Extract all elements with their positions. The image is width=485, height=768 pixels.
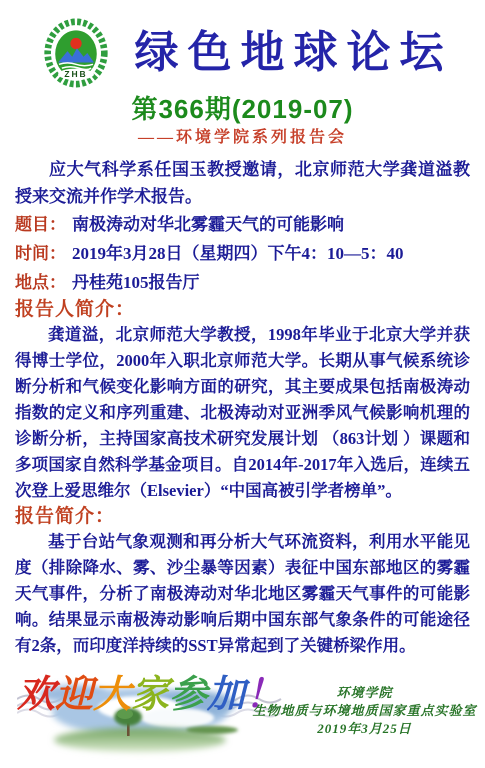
logo-zhb-text: ZHB bbox=[64, 69, 87, 79]
header: ZHB 绿色地球论坛 bbox=[0, 0, 485, 90]
abstract-heading: 报告简介： bbox=[15, 504, 470, 529]
speaker-bio-heading: 报告人简介： bbox=[15, 297, 470, 322]
abstract-paragraph: 基于台站气象观测和再分析大气环流资料，利用水平能见度（排除降水、雾、沙尘暴等因素… bbox=[15, 529, 470, 659]
welcome-wordart-block: 欢迎大家参加！ bbox=[17, 669, 317, 727]
signature-date: 2019年3月25日 bbox=[244, 720, 485, 738]
venue-line: 地点：丹桂苑105报告厅 bbox=[15, 268, 470, 297]
issue-number: 第366期(2019-07) bbox=[0, 94, 485, 124]
forum-title: 绿色地球论坛 bbox=[110, 29, 477, 77]
seminar-poster: ZHB 绿色地球论坛 第366期(2019-07) ——环境学院系列报告会 应大… bbox=[0, 0, 485, 768]
time-line: 时间：2019年3月28日（星期四）下午4：10—5：40 bbox=[15, 239, 470, 268]
topic-line: 题目：南极涛动对华北雾霾天气的可能影响 bbox=[15, 210, 470, 239]
treeline bbox=[186, 726, 238, 734]
time-value: 2019年3月28日（星期四）下午4：10—5：40 bbox=[72, 244, 404, 263]
topic-value: 南极涛动对华北雾霾天气的可能影响 bbox=[72, 215, 344, 234]
topic-label: 题目： bbox=[15, 215, 66, 234]
series-subtitle: ——环境学院系列报告会 bbox=[0, 128, 485, 148]
sun-icon bbox=[70, 38, 81, 49]
environmental-protection-logo: ZHB bbox=[42, 16, 110, 90]
venue-label: 地点： bbox=[15, 273, 66, 292]
poster-body: 应大气科学系任国玉教授邀请，北京师范大学龚道溢教授来交流并作学术报告。 题目：南… bbox=[0, 148, 485, 727]
venue-value: 丹桂苑105报告厅 bbox=[72, 273, 200, 292]
speaker-bio-paragraph: 龚道溢，北京师范大学教授，1998年毕业于北京大学并获得博士学位，2000年入职… bbox=[15, 322, 470, 504]
welcome-wordart: 欢迎大家参加！ bbox=[17, 669, 317, 719]
invitation-paragraph: 应大气科学系任国玉教授邀请，北京师范大学龚道溢教授来交流并作学术报告。 bbox=[15, 156, 470, 210]
time-label: 时间： bbox=[15, 244, 66, 263]
